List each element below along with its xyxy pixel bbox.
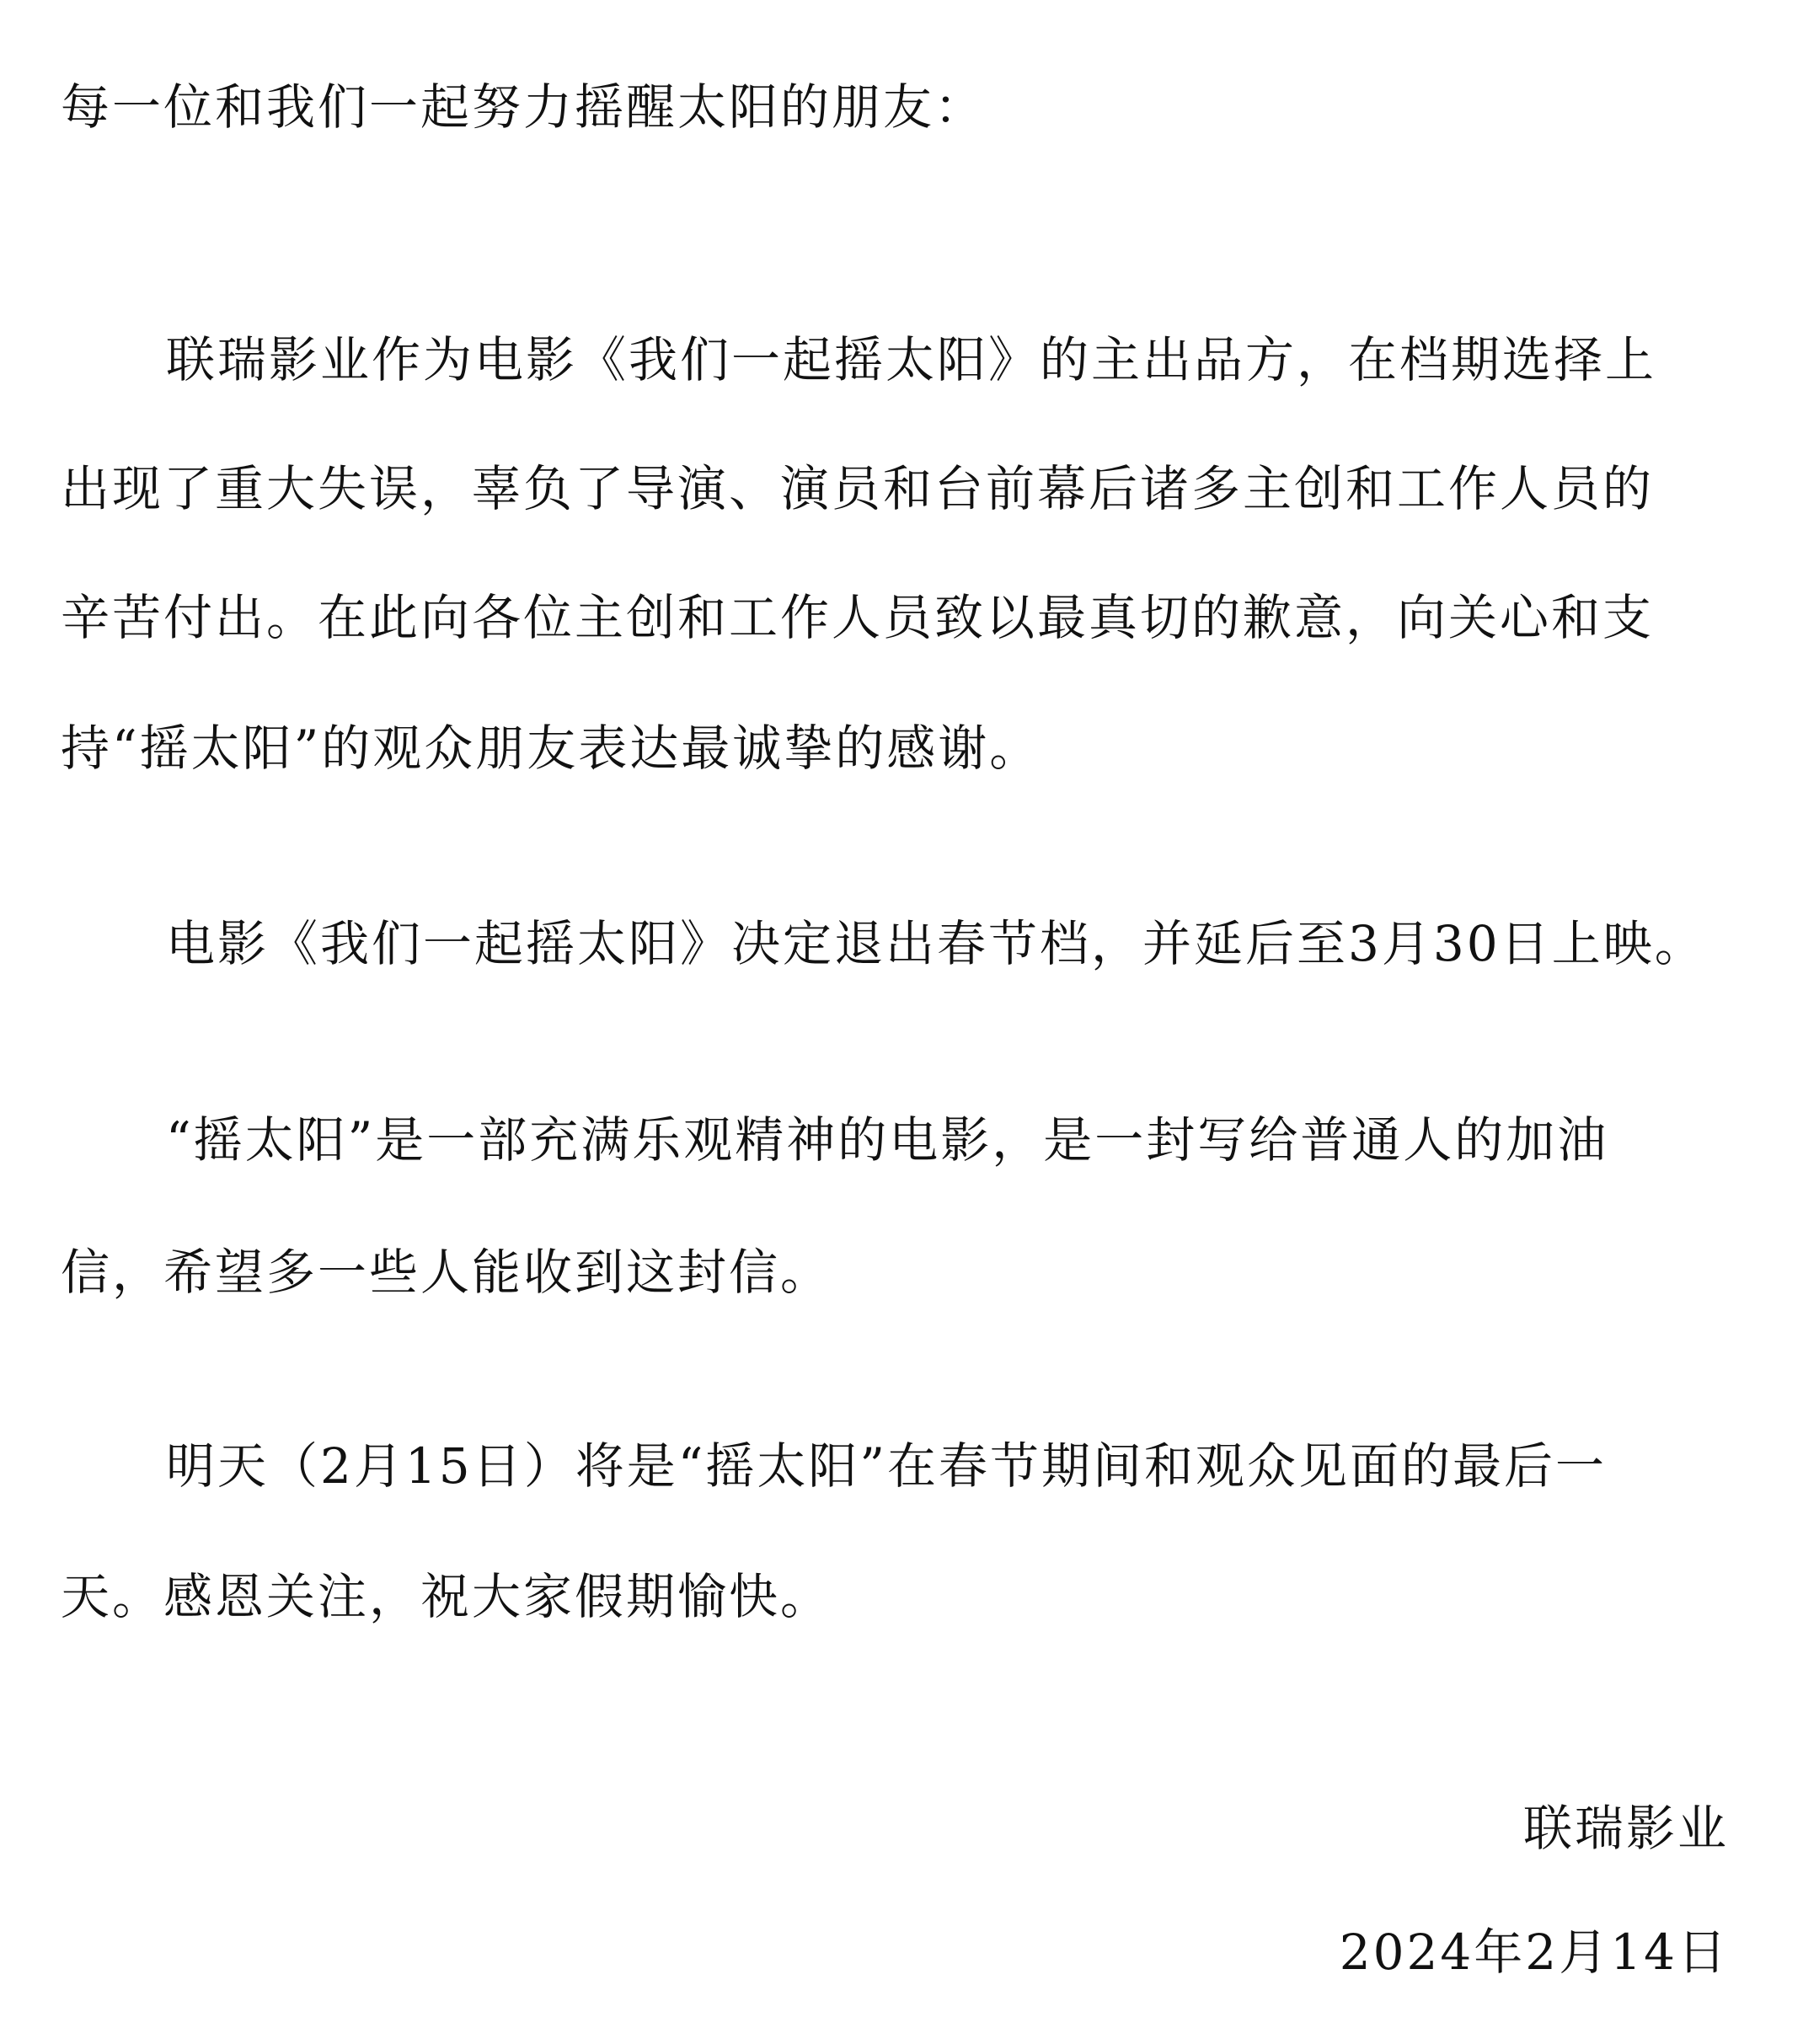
paragraph-line: 出现了重大失误，辜负了导演、演员和台前幕后诸多主创和工作人员的 [61,459,1654,518]
paragraph-line: 明天（2月15日）将是“摇太阳”在春节期间和观众见面的最后一 [166,1437,1607,1496]
paragraph-line: “摇太阳”是一部充满乐观精神的电影，是一封写给普通人的加油 [166,1110,1608,1169]
paragraph-line: 联瑞影业作为电影《我们一起摇太阳》的主出品方，在档期选择上 [166,330,1656,389]
paragraph-line: 辛苦付出。在此向各位主创和工作人员致以最真切的歉意，向关心和支 [61,588,1654,647]
salutation: 每一位和我们一起努力摇醒太阳的朋友： [61,78,986,136]
signature: 联瑞影业 [1523,1799,1729,1858]
paragraph-line: 电影《我们一起摇太阳》决定退出春节档，并延后至3月30日上映。 [166,914,1706,973]
date: 2024年2月14日 [1340,1923,1729,1982]
paragraph-line: 信，希望多一些人能收到这封信。 [61,1243,832,1302]
paragraph-line: 天。感恩关注，祝大家假期愉快。 [61,1567,832,1626]
paragraph-line: 持“摇太阳”的观众朋友表达最诚挚的感谢。 [61,719,1041,778]
